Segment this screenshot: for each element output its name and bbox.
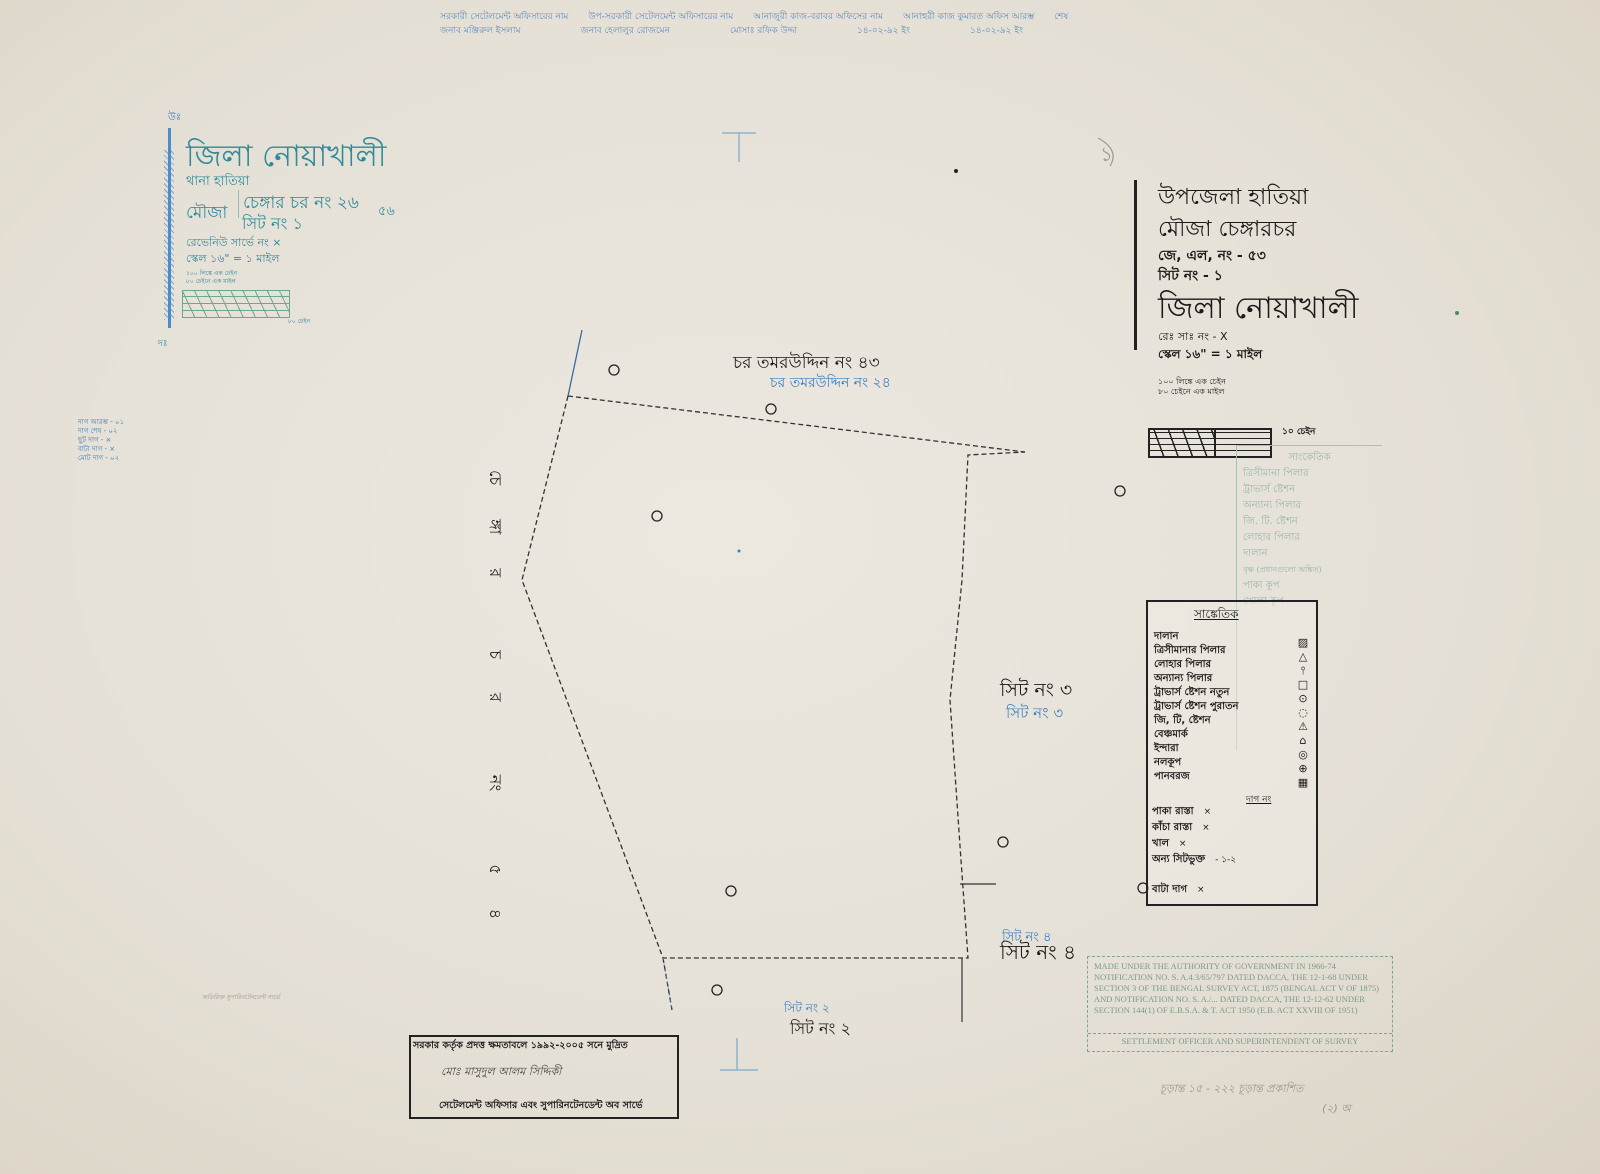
well-icon: ◎ xyxy=(1292,748,1314,762)
legend-line-item: বাটা দাগ× xyxy=(1152,882,1236,898)
certificate-authority-line: সরকার কর্তৃক প্রদত্ত ক্ষমতাবলে ১৯৯২-২০০৫… xyxy=(413,1039,628,1054)
legend-item: বেঞ্চমার্ক xyxy=(1154,728,1239,742)
faded-legend-item: লোহার পিলার xyxy=(1243,530,1376,546)
east-sheet-label-old: সিট নং ৩ xyxy=(1006,702,1063,727)
tubewell-icon: ⊕ xyxy=(1292,762,1314,776)
note-line: দাগ শেষ - ০২ xyxy=(78,427,124,436)
faded-legend-item: ট্রাভার্স ষ্টেশন xyxy=(1243,482,1376,498)
iron-pillar-icon: ⫯ xyxy=(1292,664,1314,678)
settlement-authority-stamp: Made under the authority of Government i… xyxy=(1087,956,1393,1052)
handwritten-note: অতিরিক্ত সুপারিনটেনডেন্ট সার্ভে xyxy=(202,992,280,1003)
legend-line-item: কাঁচা রাস্তা× xyxy=(1152,820,1236,836)
traverse-station-new-icon: ⊙ xyxy=(1292,692,1314,706)
scale-text: স্কেল ১৬" = ১ মাইল xyxy=(186,250,280,269)
map-legend: সাঙ্কেতিক দালান ত্রিসীমানার পিলার লোহার … xyxy=(1146,600,1318,906)
sheet-corner-number: ১ xyxy=(1100,140,1113,173)
southeast-sheet-label: সিট নং ৪ xyxy=(1000,938,1076,971)
legend-item: লোহার পিলার xyxy=(1154,658,1239,672)
note-line: বাটা দাগ - × xyxy=(78,445,124,454)
stamp-text: Made under the authority of Government i… xyxy=(1094,961,1386,1016)
legend-item: ট্রাভার্স ষ্টেশন নতুন xyxy=(1154,686,1239,700)
scale-bar-label: ৮০ চেইন xyxy=(288,316,310,327)
rs-number: রেঃ সাঃ নং - X xyxy=(1158,328,1228,347)
legend-item: ইন্দারা xyxy=(1154,742,1239,756)
legend-item: দালান xyxy=(1154,630,1239,644)
handwritten-note: (২) অ xyxy=(1322,1100,1351,1119)
faded-legend-item: জি. টি. ষ্টেশন xyxy=(1243,514,1376,530)
north-mark: উঃ xyxy=(168,110,181,127)
gt-station-icon: ⚠ xyxy=(1292,720,1314,734)
legend-item: পানবরজ xyxy=(1154,770,1239,784)
note-line: দাগ আরম্ভ - ০১ xyxy=(78,418,124,427)
legend-item: জি, টি, ষ্টেশন xyxy=(1154,714,1239,728)
legend-line-item: পাকা রাস্তা× xyxy=(1152,804,1236,820)
faded-legend-item: সাংকেতিক xyxy=(1243,450,1376,466)
certificate-signatory: মোঃ মাসুদুল আলম সিদ্দিকী xyxy=(441,1063,561,1082)
scale-bar xyxy=(182,290,290,318)
legend-line-item: খাল× xyxy=(1152,836,1236,852)
north-boundary-label-old: চর তমরউদ্দিন নং ২৪ xyxy=(770,371,891,395)
scale-note: ৮০ চেইনে এক মাইল xyxy=(186,276,236,287)
dag-summary-note: দাগ আরম্ভ - ০১ দাগ শেষ - ০২ ছুট দাগ - × … xyxy=(78,418,124,463)
legend-item: ট্রাভার্স ষ্টেশন পুরাতন xyxy=(1154,700,1239,714)
scale-text: স্কেল ১৬" = ১ মাইল xyxy=(1158,346,1262,366)
benchmark-icon: ⌂ xyxy=(1292,734,1314,748)
faded-legend-item: পাকা কূপ xyxy=(1243,578,1376,594)
legend-title: সাঙ্কেতিক xyxy=(1194,606,1239,626)
title-decoration xyxy=(164,150,174,320)
certificate-designation: সেটেলমেন্ট অফিসার এবং সুপারিনটেনডেন্ট অব… xyxy=(439,1099,643,1114)
traverse-station-old-icon: ◌ xyxy=(1292,706,1314,720)
faded-legend-item: বৃক্ষ (প্রধানগুলো অঙ্কিত) xyxy=(1243,562,1376,578)
handwritten-note: চূড়ান্ত ১৫ - ২২২ চূড়ান্ত প্রকাশিত xyxy=(1160,1080,1303,1099)
note-line: ছুট দাগ - × xyxy=(78,436,124,445)
mouza-label: মৌজা xyxy=(186,200,227,228)
west-mouza-label: চেঙ্গার চর নং ৫৪ xyxy=(482,470,509,953)
note-line: মোট দাগ - ০২ xyxy=(78,454,124,463)
stamp-signature: Settlement Officer and Superintendent of… xyxy=(1088,1033,1392,1047)
legend-item: নলকূপ xyxy=(1154,756,1239,770)
south-mark: দঃ xyxy=(158,336,168,351)
legend-item: ত্রিসীমানার পিলার xyxy=(1154,644,1239,658)
betel-garden-icon: ▦ xyxy=(1292,776,1314,790)
scale-note: ৮০ চেইনে এক মাইল xyxy=(1158,386,1224,399)
certificate-box: সরকার কর্তৃক প্রদত্ত ক্ষমতাবলে ১৯৯২-২০০৫… xyxy=(409,1035,679,1119)
legend-item: অন্যান্য পিলার xyxy=(1154,672,1239,686)
south-sheet-label: সিট নং ২ xyxy=(790,1016,851,1043)
title-border xyxy=(1134,180,1137,350)
other-pillar-icon: □ xyxy=(1292,678,1314,692)
dag-number-header: দাগ নং xyxy=(1246,792,1271,807)
faded-legend-item: অন্যান্য পিলার xyxy=(1243,498,1376,514)
legend-line-item: অন্য সিটভুক্ত- ১-২ xyxy=(1152,852,1236,868)
faded-legend-item: ত্রিসীমানা পিলার xyxy=(1243,466,1376,482)
tri-junction-pillar-icon: △ xyxy=(1292,650,1314,664)
building-icon: ▨ xyxy=(1292,636,1314,650)
scale-bar-label: ১০ চেইন xyxy=(1282,424,1315,439)
faded-legend-item: দালান xyxy=(1243,546,1376,562)
mouza-extra: ৫৬ xyxy=(378,202,395,223)
